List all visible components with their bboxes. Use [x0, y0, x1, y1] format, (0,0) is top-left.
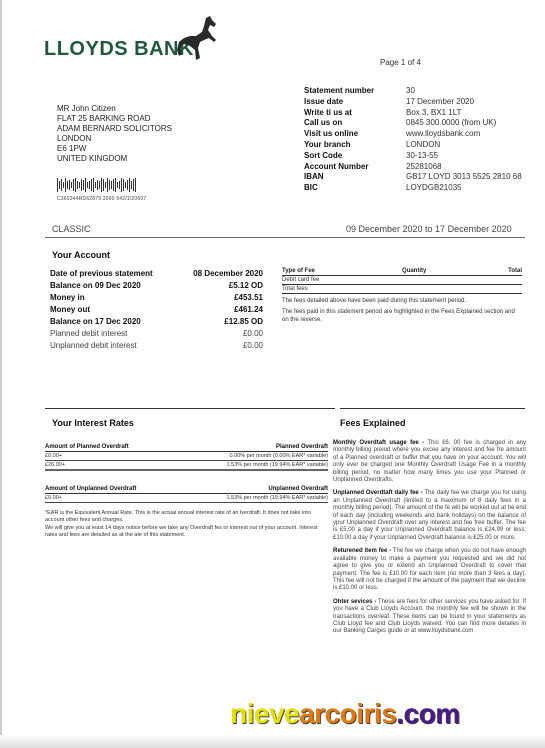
- statement-info: Statement number30Issue date17 December …: [304, 86, 522, 194]
- statement-info-row: Write ti us atBox 3, BX1 1LT: [304, 108, 522, 119]
- statement-info-row: BICLOYDGB21035: [304, 183, 522, 194]
- fees-row-total: Total fees: [282, 285, 522, 294]
- statement-info-row: IBANGB17 LOYD 3013 5525 2810 68: [304, 172, 522, 183]
- page-edge: [0, 0, 2, 748]
- statement-info-row: Issue date17 December 2020: [304, 97, 522, 108]
- scan-shadow: [0, 735, 545, 748]
- account-row: Date of previous statement08 December 20…: [50, 268, 263, 280]
- divider: [45, 237, 525, 238]
- interest-notes: *EAR is the Equivalent Annual Rate. This…: [45, 510, 328, 540]
- unplanned-overdraft-table: Amount of Unplanned Overdraft Unplanned …: [45, 486, 328, 503]
- statement-info-row: Account Number25281068: [304, 162, 522, 173]
- fees-table-header: Type of Fee Quantity Total: [282, 268, 522, 276]
- statement-info-row: Sort Code30-13-55: [304, 151, 522, 162]
- fees-note: The fees paid in this statement period a…: [282, 308, 522, 324]
- account-row: Planned debit interest£0.00: [50, 328, 263, 340]
- account-product: CLASSIC: [52, 224, 91, 234]
- postal-barcode: [57, 178, 157, 192]
- barcode-reference: C360344RD62879 3990 542/1/20607: [57, 196, 146, 202]
- statement-info-row: Visit us onlinewww.lloydsbank.com: [304, 129, 522, 140]
- divider: [45, 408, 335, 409]
- fee-explanation: Returened item fee - The fee we charge w…: [333, 548, 526, 592]
- statement-info-row: Your branchLONDON: [304, 140, 522, 151]
- black-horse-icon: [176, 14, 220, 64]
- account-row: Unplanned debit interest£0.00: [50, 340, 263, 352]
- account-row: Money out£461.24: [50, 304, 263, 316]
- fees-table: Type of Fee Quantity Total Debit card fe…: [282, 268, 522, 324]
- address-line: LONDON: [57, 134, 172, 144]
- account-summary: Date of previous statement08 December 20…: [50, 268, 263, 352]
- fee-explanation: Ohter sevices - These are fees for other…: [333, 599, 526, 636]
- interest-rates-heading: Your Interest Rates: [52, 418, 134, 428]
- customer-address: MR John CitizenFLAT 25 BARKING ROADADAM …: [57, 104, 172, 164]
- address-line: ADAM BERNARD SOLICITORS: [57, 124, 172, 134]
- table-row: £0.00+ 1.53% per month (19.94% EAR* vari…: [45, 494, 328, 503]
- statement-info-row: Statement number30: [304, 86, 522, 97]
- fees-explained-body: Monthly Overdtaft usage fee - This £6. 0…: [333, 440, 526, 642]
- your-account-heading: Your Account: [52, 250, 110, 260]
- statement-info-row: Call us on0845 300 0000 (from UK): [304, 118, 522, 129]
- watermark: nievearcoiris.com: [230, 698, 460, 730]
- divider: [340, 408, 525, 409]
- statement-period: 09 December 2020 to 17 December 2020: [346, 224, 512, 234]
- fee-explanation: Monthly Overdtaft usage fee - This £6. 0…: [333, 440, 526, 484]
- page-number: Page 1 of 4: [380, 58, 421, 67]
- fees-explained-heading: Fees Explained: [340, 418, 406, 428]
- planned-overdraft-table: Amount of Planned Overdraft Planned Over…: [45, 444, 328, 471]
- address-line: FLAT 25 BARKING ROAD: [57, 114, 172, 124]
- fees-note: The fees detailed above have been paid d…: [282, 297, 522, 305]
- bank-logo-text: LLOYDS BANK: [44, 38, 194, 61]
- table-row: £26.00+ 1.53% per month (19.94% EAR* var…: [45, 461, 328, 471]
- account-row: Balance on 09 Dec 2020£5.12 OD: [50, 280, 263, 292]
- account-row: Money in£453.51: [50, 292, 263, 304]
- address-line: MR John Citizen: [57, 104, 172, 114]
- table-row: £0.00+ 0.00% per month (0.00% EAR* varia…: [45, 452, 328, 461]
- fee-explanation: Unplanned Overdtaft daily fee - The dail…: [333, 490, 526, 542]
- address-line: E6 1PW: [57, 144, 172, 154]
- account-row: Balance on 17 Dec 2020£12.85 OD: [50, 316, 263, 328]
- fees-row-debit-card: Debit card fee: [282, 276, 522, 285]
- address-line: UNITED KINGDOM: [57, 154, 172, 164]
